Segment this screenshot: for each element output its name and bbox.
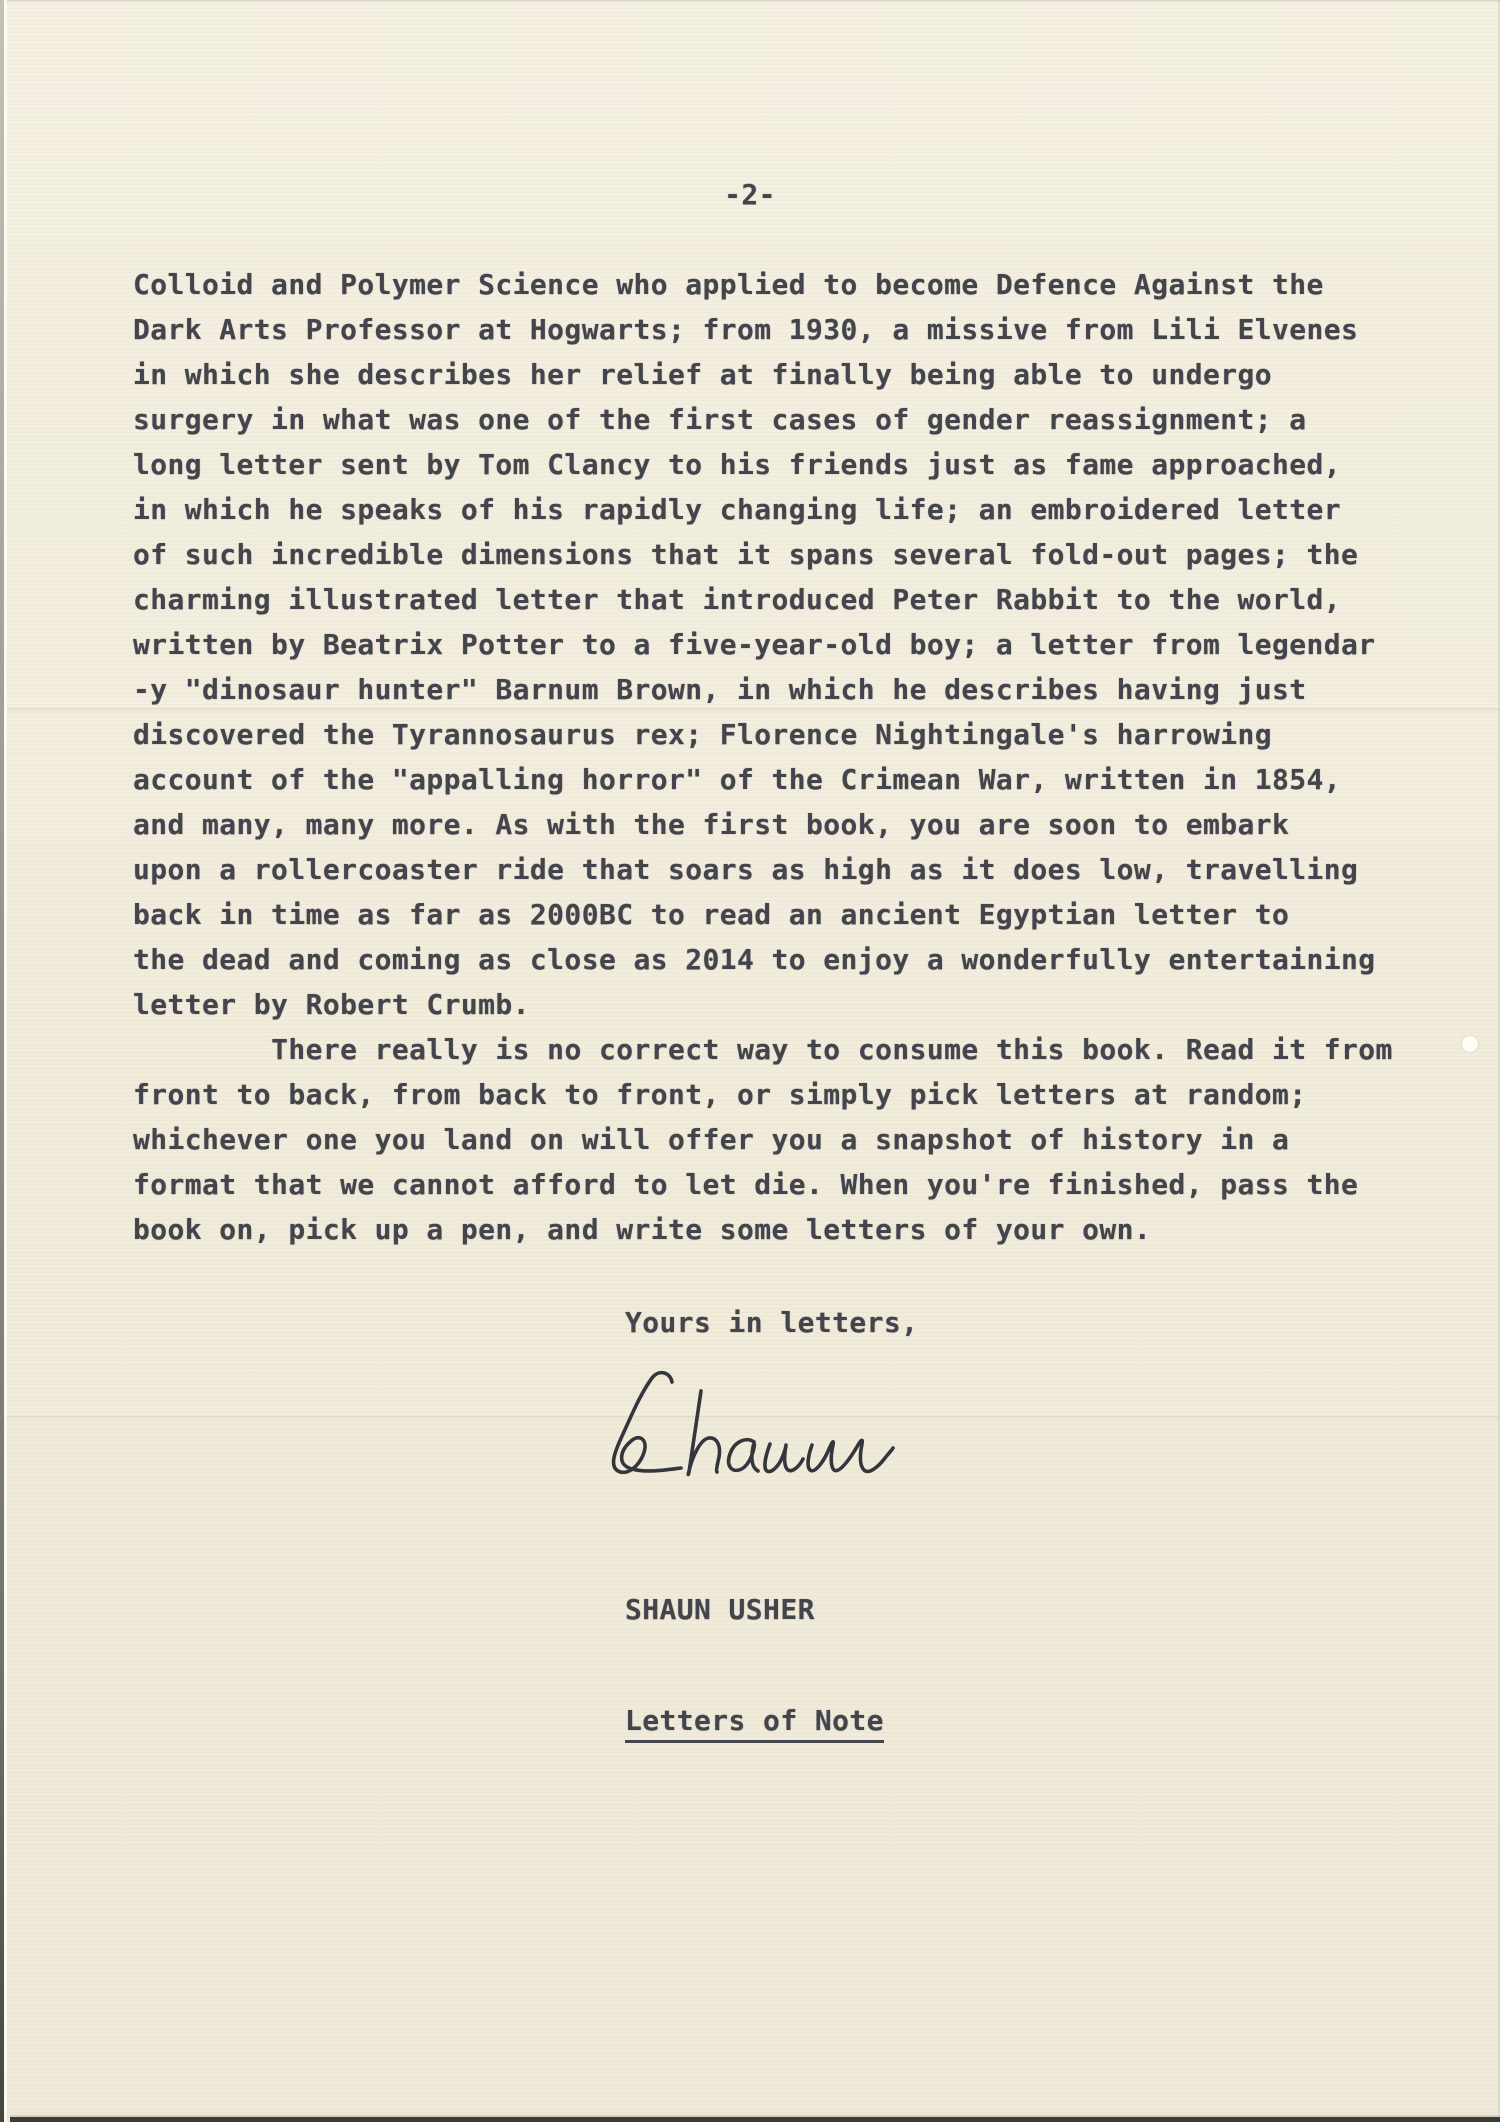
letter-body-paragraph-1: Colloid and Polymer Science who applied … <box>133 262 1393 1027</box>
handwritten-signature: Shaun <box>588 1338 1038 1518</box>
signoff-block: SHAUN USHER Letters of Note <box>625 1517 884 1817</box>
scan-edge-bottom <box>10 2117 1500 2122</box>
sender-name: SHAUN USHER <box>625 1591 884 1628</box>
paper-hole-dot <box>1462 1036 1478 1052</box>
scan-edge-left-highlight <box>4 0 7 2122</box>
signature-ink-stroke <box>588 1338 1038 1518</box>
letter-body: Colloid and Polymer Science who applied … <box>133 262 1393 1252</box>
sender-organization: Letters of Note <box>625 1702 884 1743</box>
page-number: -2- <box>133 172 1367 217</box>
letter-page: -2- Colloid and Polymer Science who appl… <box>0 0 1500 2122</box>
scan-edge-top <box>0 0 1500 3</box>
letter-body-paragraph-2: There really is no correct way to consum… <box>133 1027 1393 1252</box>
